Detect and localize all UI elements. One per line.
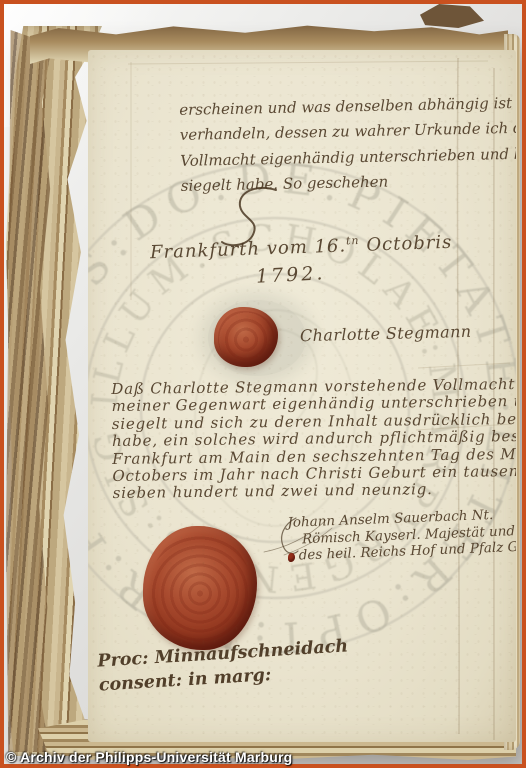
large-wax-seal [143, 526, 257, 650]
notary-signature-block: Johann Anselm Sauerbach Nt. Römisch Kays… [287, 505, 516, 564]
copyright-caption: © Archiv der Philipps-Universität Marbur… [6, 749, 292, 765]
attestation-paragraph: Daß Charlotte Stegmann vorstehende Vollm… [111, 375, 516, 503]
dateline-month: Octobris [359, 232, 452, 256]
folded-page-corner [420, 4, 484, 28]
dateline-superscript: tn [346, 234, 360, 247]
dateline-year: 1792. [255, 262, 325, 288]
opening-paragraph: erscheinen und was denselben abhängig is… [179, 90, 516, 199]
archive-photo-frame: HESS:DO:DE:PIETATE:LITER:OPT:MAR:PHILIPP… [0, 0, 526, 768]
photograph: HESS:DO:DE:PIETATE:LITER:OPT:MAR:PHILIPP… [4, 4, 522, 764]
small-wax-seal [214, 307, 278, 367]
manuscript-page: HESS:DO:DE:PIETATE:LITER:OPT:MAR:PHILIPP… [88, 50, 516, 742]
